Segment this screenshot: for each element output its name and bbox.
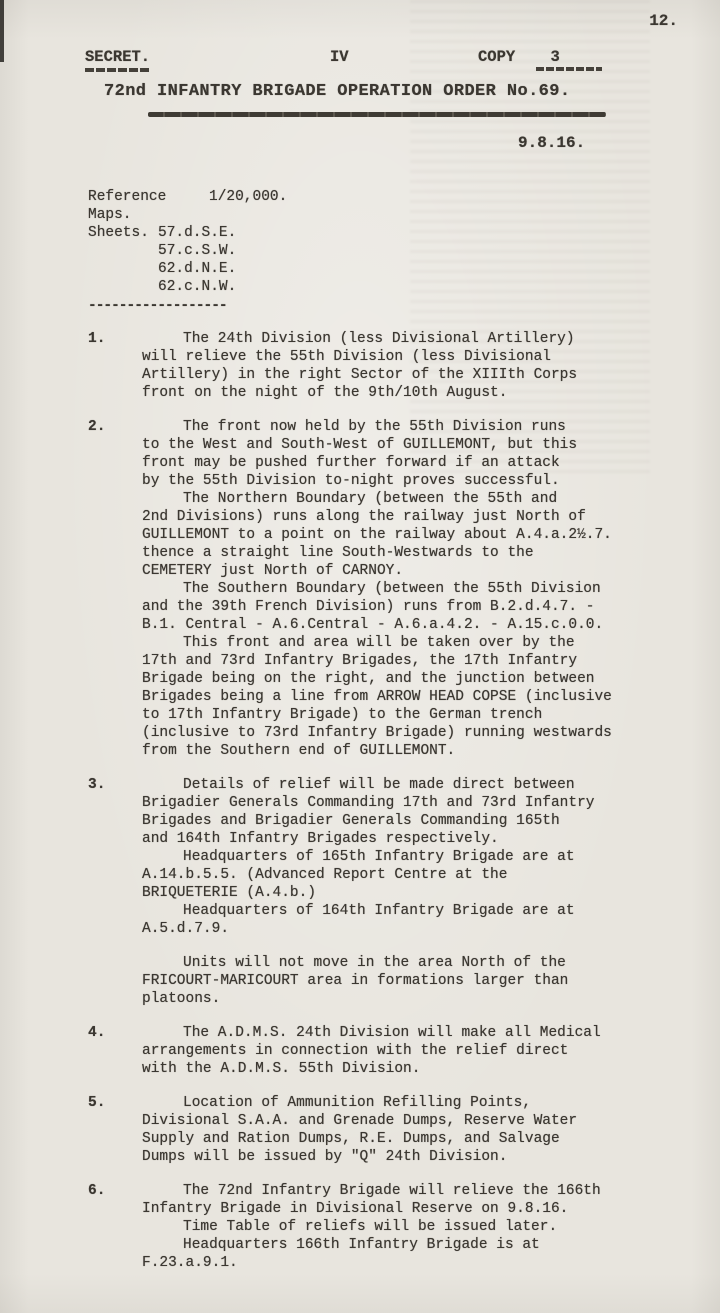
order-paragraph: The front now held by the 55th Division … bbox=[142, 418, 642, 490]
order-paragraph: The Northern Boundary (between the 55th … bbox=[142, 490, 642, 580]
title-underline-rule bbox=[148, 112, 606, 117]
item-text: The A.D.M.S. 24th Division will make all… bbox=[142, 1024, 642, 1078]
order-item-units-note: Units will not move in the area North of… bbox=[88, 954, 648, 1008]
item-number: 1. bbox=[88, 330, 142, 402]
order-paragraph: Headquarters of 165th Infantry Brigade a… bbox=[142, 848, 642, 902]
item-text: The front now held by the 55th Division … bbox=[142, 418, 642, 760]
item-number: 3. bbox=[88, 776, 142, 938]
document-title: 72nd INFANTRY BRIGADE OPERATION ORDER No… bbox=[104, 82, 570, 101]
order-item-1: 1. The 24th Division (less Divisional Ar… bbox=[88, 330, 648, 402]
reference-row: Reference 1/20,000. bbox=[88, 188, 648, 206]
classification-label: SECRET. bbox=[85, 48, 150, 72]
reference-block: Reference 1/20,000. Maps. Sheets. 57.d.S… bbox=[88, 188, 648, 296]
section-numeral: IV bbox=[330, 48, 349, 66]
item-text: The 24th Division (less Divisional Artil… bbox=[142, 330, 642, 402]
order-paragraph: Headquarters of 164th Infantry Brigade a… bbox=[142, 902, 642, 938]
item-number: 2. bbox=[88, 418, 142, 760]
document-page: 12. SECRET. IV COPY 3 72nd INFANTRY BRIG… bbox=[0, 0, 720, 1313]
order-paragraph: This front and area will be taken over b… bbox=[142, 634, 642, 760]
separator-dashes: ------------------ bbox=[88, 297, 648, 315]
copy-label: COPY bbox=[478, 48, 515, 66]
item-number bbox=[88, 954, 142, 1008]
sheet-entry: 62.d.N.E. bbox=[158, 260, 648, 278]
order-paragraph: The A.D.M.S. 24th Division will make all… bbox=[142, 1024, 642, 1078]
reference-label: Reference bbox=[88, 188, 209, 206]
item-text: Details of relief will be made direct be… bbox=[142, 776, 642, 938]
map-scale: 1/20,000. bbox=[209, 188, 287, 206]
document-date: 9.8.16. bbox=[518, 134, 585, 152]
document-content: Reference 1/20,000. Maps. Sheets. 57.d.S… bbox=[88, 188, 648, 1288]
order-paragraph: Details of relief will be made direct be… bbox=[142, 776, 642, 848]
sheets-label: Sheets. bbox=[88, 224, 158, 242]
item-number: 5. bbox=[88, 1094, 142, 1166]
order-paragraph: The 24th Division (less Divisional Artil… bbox=[142, 330, 642, 402]
item-text: Location of Ammunition Refilling Points,… bbox=[142, 1094, 642, 1166]
item-number: 6. bbox=[88, 1182, 142, 1272]
order-item-4: 4. The A.D.M.S. 24th Division will make … bbox=[88, 1024, 648, 1078]
item-number: 4. bbox=[88, 1024, 142, 1078]
order-items: 1. The 24th Division (less Divisional Ar… bbox=[88, 330, 648, 1272]
order-paragraph: Units will not move in the area North of… bbox=[142, 954, 642, 1008]
order-paragraph: Headquarters 166th Infantry Brigade is a… bbox=[142, 1236, 642, 1272]
page-number: 12. bbox=[649, 12, 678, 30]
sheet-entry: 62.c.N.W. bbox=[158, 278, 648, 296]
header-row: SECRET. IV COPY 3 bbox=[0, 48, 720, 70]
copy-field: COPY 3 bbox=[478, 48, 560, 66]
order-item-6: 6. The 72nd Infantry Brigade will reliev… bbox=[88, 1182, 648, 1272]
order-item-3: 3. Details of relief will be made direct… bbox=[88, 776, 648, 938]
maps-row: Maps. bbox=[88, 206, 648, 224]
order-paragraph: The 72nd Infantry Brigade will relieve t… bbox=[142, 1182, 642, 1218]
order-item-5: 5. Location of Ammunition Refilling Poin… bbox=[88, 1094, 648, 1166]
sheet-entry: 57.c.S.W. bbox=[158, 242, 648, 260]
item-text: The 72nd Infantry Brigade will relieve t… bbox=[142, 1182, 642, 1272]
order-paragraph: The Southern Boundary (between the 55th … bbox=[142, 580, 642, 634]
order-paragraph: Time Table of reliefs will be issued lat… bbox=[142, 1218, 642, 1236]
copy-number: 3 bbox=[551, 48, 560, 66]
copy-number-underline bbox=[536, 67, 602, 71]
sheets-row: Sheets. 57.d.S.E. bbox=[88, 224, 648, 242]
item-text: Units will not move in the area North of… bbox=[142, 954, 642, 1008]
order-item-2: 2. The front now held by the 55th Divisi… bbox=[88, 418, 648, 760]
sheet-entry: 57.d.S.E. bbox=[158, 224, 236, 242]
maps-label: Maps. bbox=[88, 206, 132, 224]
order-paragraph: Location of Ammunition Refilling Points,… bbox=[142, 1094, 642, 1166]
